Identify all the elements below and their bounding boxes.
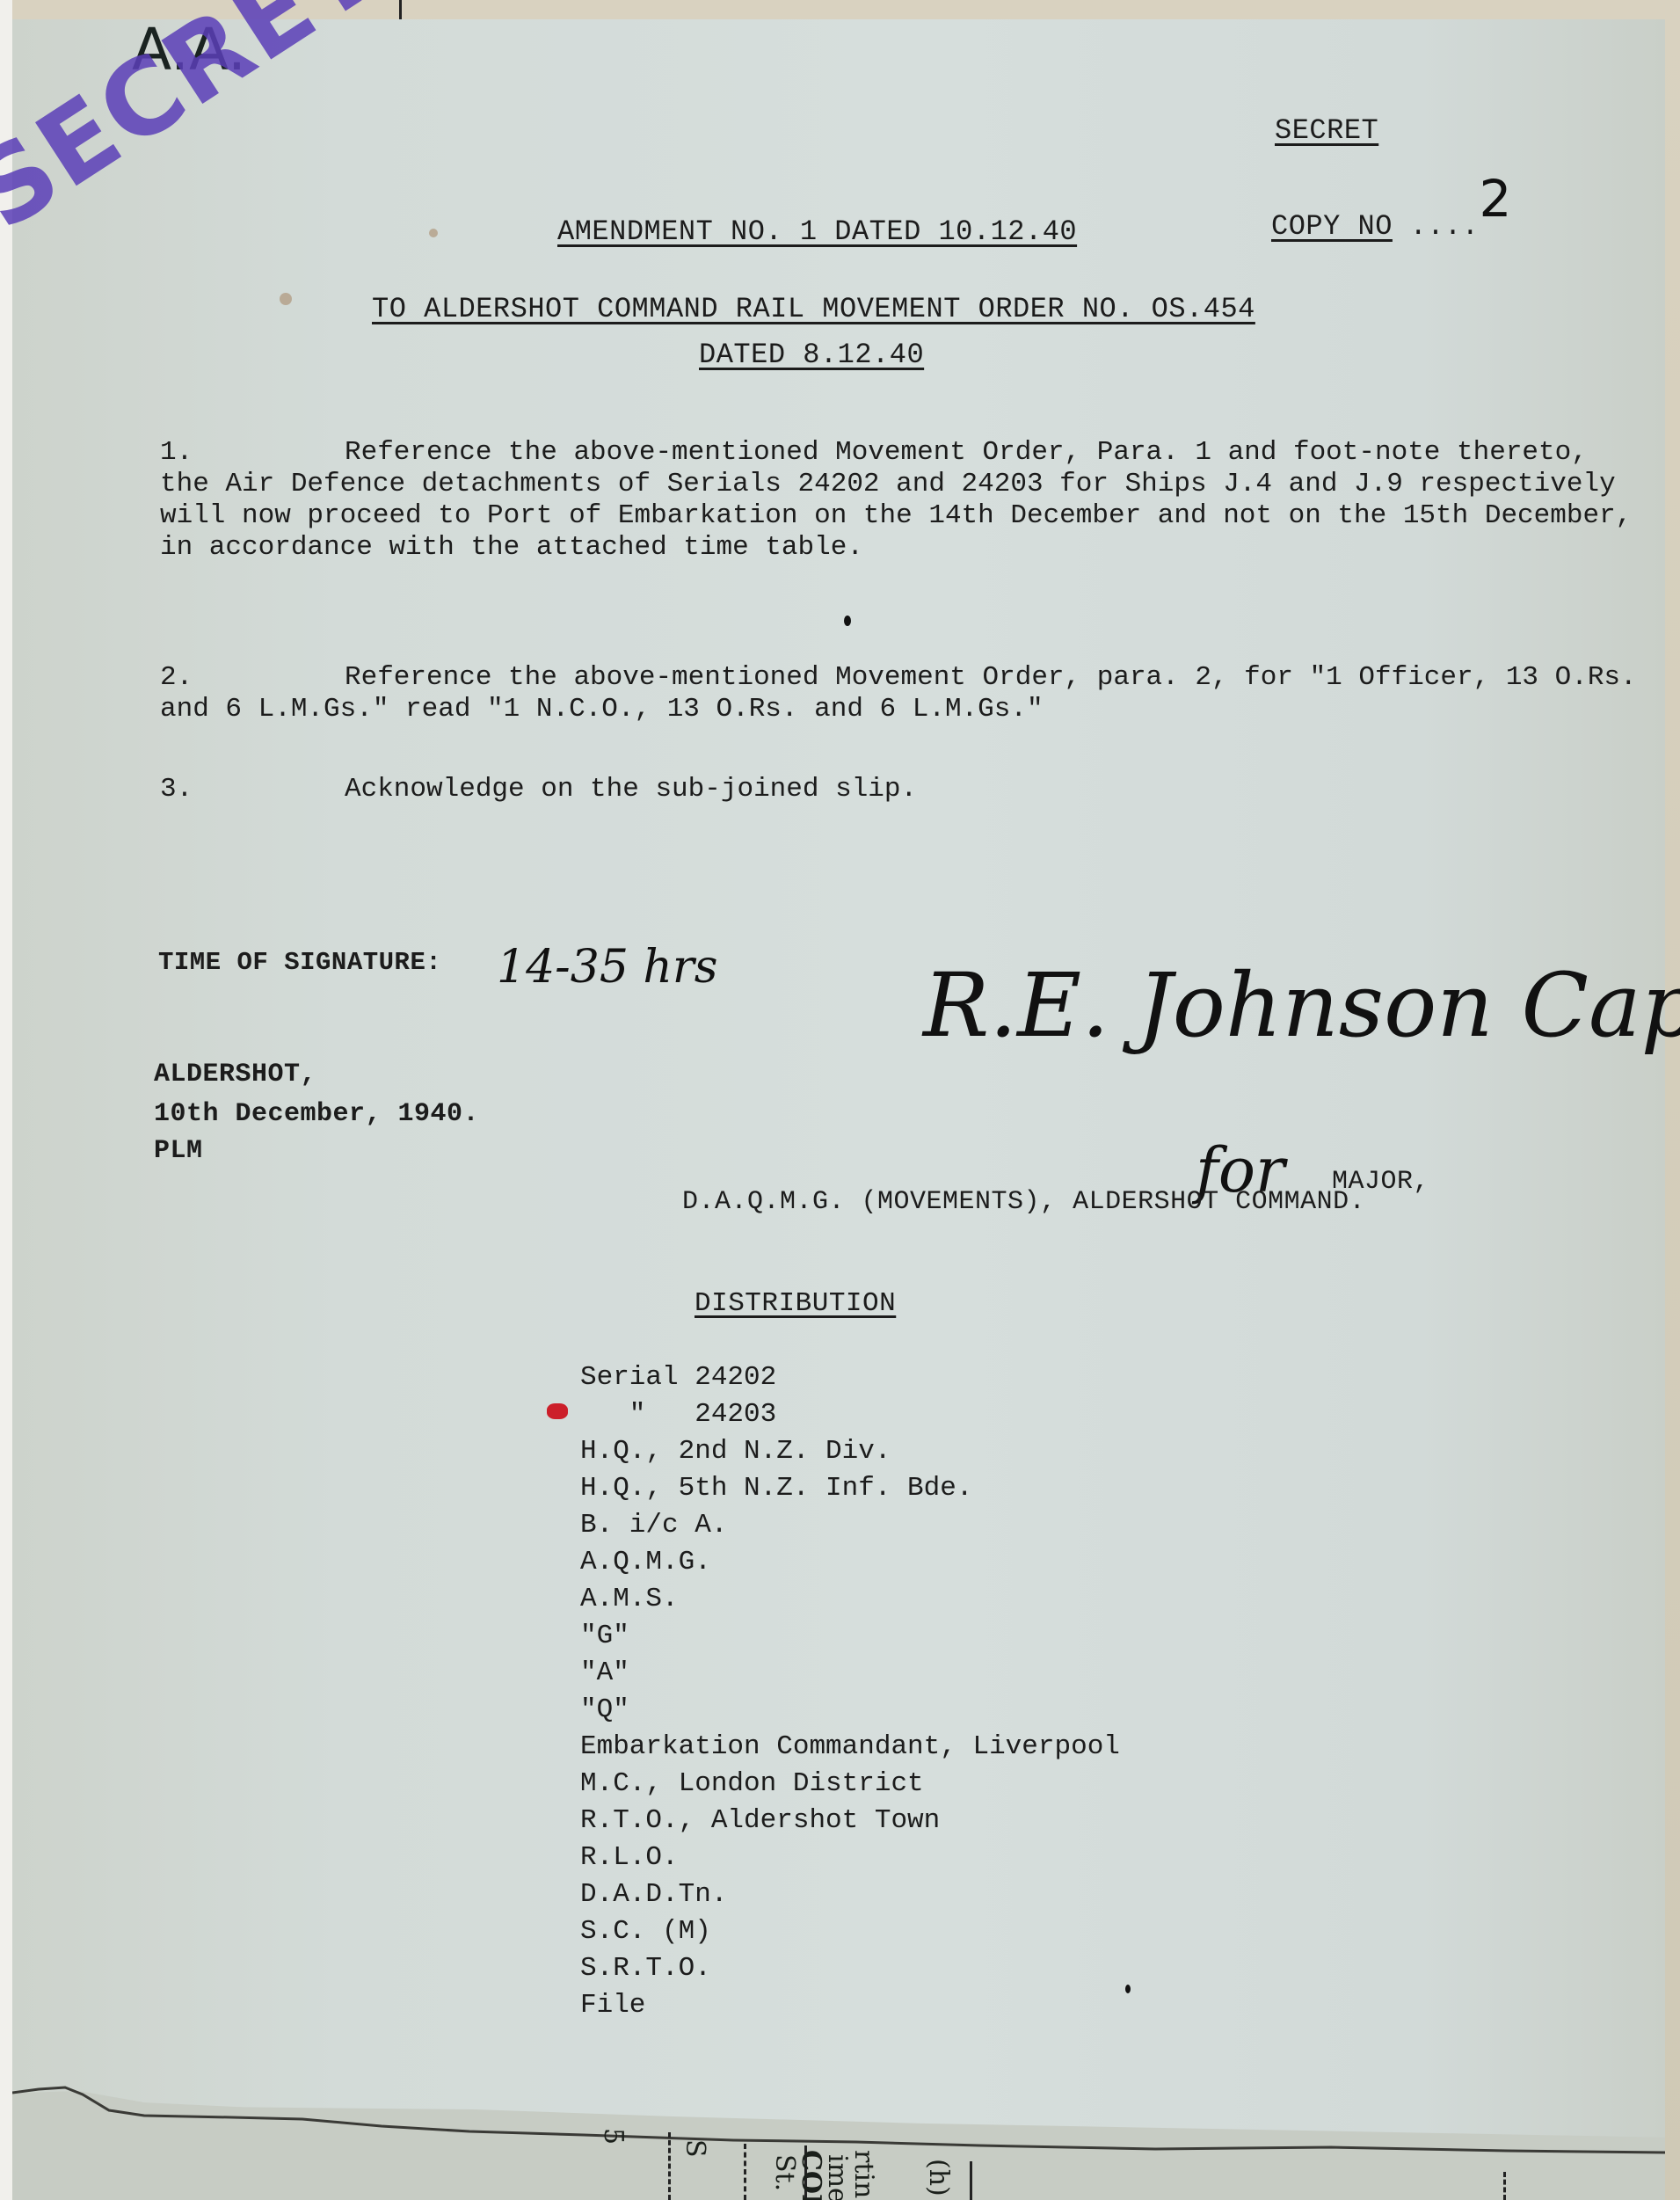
list-item: A.Q.M.G.: [580, 1544, 1120, 1581]
list-item: H.Q., 5th N.Z. Inf. Bde.: [580, 1470, 1120, 1507]
paragraph-3: 3.Acknowledge on the sub-joined slip.: [160, 774, 1637, 805]
list-item: " 24203: [580, 1396, 1120, 1433]
fragment-text: rtin: [848, 2150, 879, 2198]
paragraph-1: 1.Reference the above-mentioned Movement…: [160, 437, 1637, 564]
order-date: DATED 8.12.40: [699, 339, 924, 371]
fragment-text: ime: [822, 2154, 853, 2200]
ink-mark: [844, 616, 851, 626]
signatory-title: D.A.Q.M.G. (MOVEMENTS), ALDERSHOT COMMAN…: [682, 1187, 1365, 1217]
list-item: S.R.T.O.: [580, 1950, 1120, 1987]
list-item: B. i/c A.: [580, 1507, 1120, 1544]
copy-number-line: COPY NO ....2: [1271, 186, 1512, 246]
place: ALDERSHOT,: [154, 1060, 316, 1089]
fragment-text: S: [680, 2139, 710, 2158]
table-rule: [668, 2132, 673, 2200]
red-ink-mark: [547, 1403, 568, 1419]
distribution-heading: DISTRIBUTION: [695, 1288, 896, 1319]
classification-label: SECRET: [1275, 114, 1378, 147]
time-of-signature-value: 14-35 hrs: [497, 941, 717, 994]
date: 10th December, 1940.: [154, 1099, 479, 1129]
list-item: M.C., London District: [580, 1766, 1120, 1803]
list-item: D.A.D.Tn.: [580, 1876, 1120, 1913]
table-rule: [970, 2161, 972, 2200]
list-item: R.T.O., Aldershot Town: [580, 1803, 1120, 1839]
left-margin: [0, 0, 12, 2200]
typist-reference: PLM: [154, 1136, 203, 1166]
paper-stain: [429, 229, 438, 237]
ink-mark: [1125, 1985, 1131, 1993]
paragraph-number: 2.: [160, 662, 345, 694]
paragraph-text: Reference the above-mentioned Movement O…: [160, 437, 1648, 563]
signature: R.E. Johnson Capt.: [923, 954, 1680, 1057]
list-item: H.Q., 2nd N.Z. Div.: [580, 1433, 1120, 1470]
fragment-text: (h): [923, 2159, 954, 2196]
list-item: R.L.O.: [580, 1839, 1120, 1876]
list-item: Embarkation Commandant, Liverpool: [580, 1729, 1120, 1766]
paragraph-number: 1.: [160, 437, 345, 469]
amendment-title: AMENDMENT NO. 1 DATED 10.12.40: [557, 215, 1077, 248]
table-rule: [744, 2144, 749, 2200]
table-rule: [1503, 2172, 1509, 2200]
paragraph-number: 3.: [160, 774, 345, 805]
list-item: Serial 24202: [580, 1359, 1120, 1396]
list-item: "G": [580, 1618, 1120, 1655]
paragraph-text: Acknowledge on the sub-joined slip.: [345, 774, 917, 805]
paragraph-2: 2.Reference the above-mentioned Movement…: [160, 662, 1637, 725]
fragment-text: 5: [598, 2128, 629, 2145]
paper-stain: [280, 293, 292, 305]
distribution-list: Serial 24202 " 24203 H.Q., 2nd N.Z. Div.…: [580, 1359, 1120, 2024]
list-item: "A": [580, 1655, 1120, 1692]
ruled-line: [399, 0, 402, 19]
list-item: A.M.S.: [580, 1581, 1120, 1618]
order-title: TO ALDERSHOT COMMAND RAIL MOVEMENT ORDER…: [372, 293, 1255, 325]
list-item: File: [580, 1987, 1120, 2024]
copy-number: 2: [1479, 169, 1511, 229]
torn-edge: [12, 2084, 1665, 2154]
list-item: "Q": [580, 1692, 1120, 1729]
copy-dots: ....: [1410, 210, 1480, 243]
list-item: S.C. (M): [580, 1913, 1120, 1950]
time-of-signature-label: TIME OF SIGNATURE:: [158, 948, 441, 977]
paragraph-text: Reference the above-mentioned Movement O…: [160, 662, 1653, 725]
copy-label: COPY NO: [1271, 210, 1393, 243]
fragment-text: St.: [769, 2154, 800, 2191]
